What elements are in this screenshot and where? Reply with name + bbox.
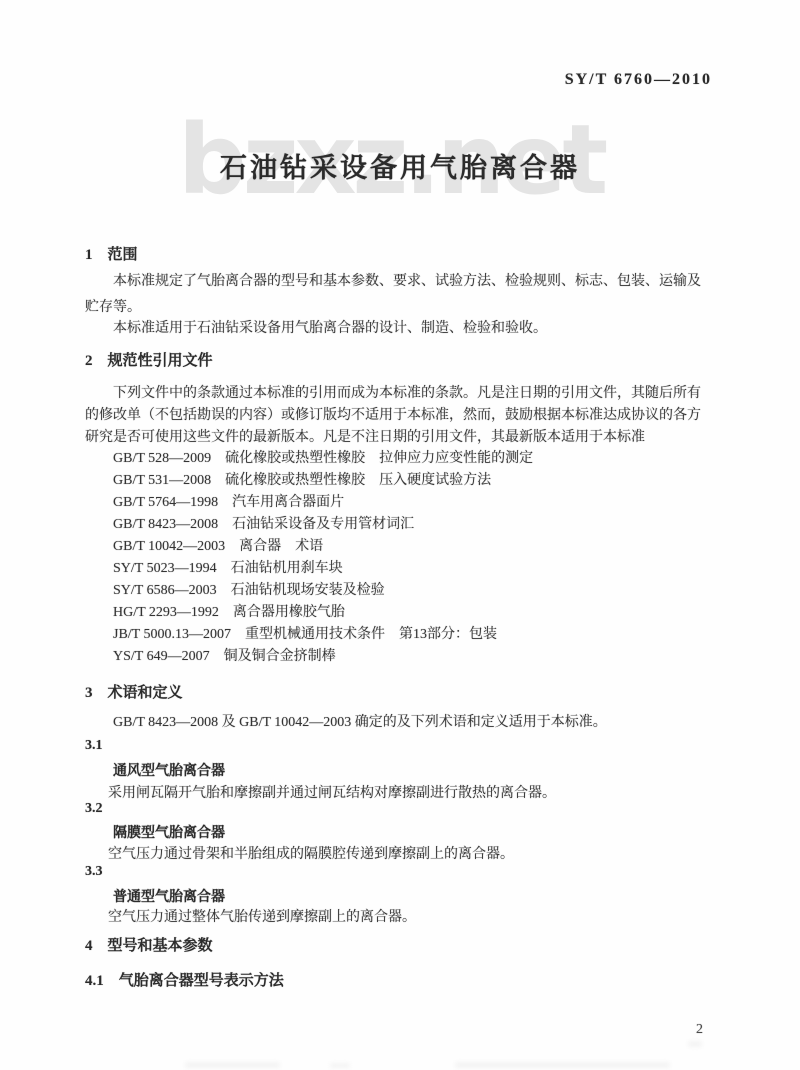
terms-intro: GB/T 8423—2008 及 GB/T 10042—2003 确定的及下列术… xyxy=(113,711,607,731)
reference-item: SY/T 5023—1994 石油钻机用刹车块 xyxy=(113,558,533,580)
references-intro-line: 的修改单（不包括勘误的内容）或修订版均不适用于本标准，然而，鼓励根据本标准达成协… xyxy=(85,404,701,424)
term-number: 3.3 xyxy=(85,864,103,880)
term-definition: 空气压力通过骨架和半胎组成的隔膜腔传递到摩擦副上的离合器。 xyxy=(108,843,514,863)
section-heading-references: 2 规范性引用文件 xyxy=(85,349,213,370)
term-number: 3.1 xyxy=(85,738,103,754)
scan-artifact xyxy=(185,1062,280,1068)
section-heading-model: 4 型号和基本参数 xyxy=(85,934,213,955)
standard-code: SY/T 6760—2010 xyxy=(565,71,712,89)
term-name: 通风型气胎离合器 xyxy=(113,760,225,780)
scan-artifact xyxy=(455,1062,670,1068)
references-intro-line: 研究是否可使用这些文件的最新版本。凡是不注日期的引用文件，其最新版本适用于本标准 xyxy=(85,426,645,446)
reference-item: GB/T 528—2009 硫化橡胶或热塑性橡胶 拉伸应力应变性能的测定 xyxy=(113,448,533,470)
reference-item: YS/T 649—2007 铜及铜合金挤制棒 xyxy=(113,646,533,668)
reference-item: GB/T 5764—1998 汽车用离合器面片 xyxy=(113,492,533,514)
term-definition: 采用闸瓦隔开气胎和摩擦副并通过闸瓦结构对摩擦副进行散热的离合器。 xyxy=(108,782,556,802)
reference-item: GB/T 531—2008 硫化橡胶或热塑性橡胶 压入硬度试验方法 xyxy=(113,470,533,492)
scan-artifact xyxy=(330,1063,350,1068)
term-name: 隔膜型气胎离合器 xyxy=(113,822,225,842)
term-name: 普通型气胎离合器 xyxy=(113,886,225,906)
section-heading-terms: 3 术语和定义 xyxy=(85,681,183,702)
document-title: 石油钻采设备用气胎离合器 xyxy=(0,146,800,185)
page-number: 2 xyxy=(696,1022,703,1038)
reference-list: GB/T 528—2009 硫化橡胶或热塑性橡胶 拉伸应力应变性能的测定 GB/… xyxy=(113,448,533,668)
scope-paragraph-line: 本标准规定了气胎离合器的型号和基本参数、要求、试验方法、检验规则、标志、包装、运… xyxy=(113,270,701,290)
reference-item: HG/T 2293—1992 离合器用橡胶气胎 xyxy=(113,602,533,624)
reference-item: GB/T 8423—2008 石油钻采设备及专用管材词汇 xyxy=(113,514,533,536)
section-heading-scope: 1 范围 xyxy=(85,243,138,264)
scope-paragraph-line: 本标准适用于石油钻采设备用气胎离合器的设计、制造、检验和验收。 xyxy=(113,317,547,337)
term-number: 3.2 xyxy=(85,801,103,817)
term-definition: 空气压力通过整体气胎传递到摩擦副上的离合器。 xyxy=(108,906,416,926)
references-intro-line: 下列文件中的条款通过本标准的引用而成为本标准的条款。凡是注日期的引用文件，其随后… xyxy=(113,382,701,402)
reference-item: GB/T 10042—2003 离合器 术语 xyxy=(113,536,533,558)
document-page: SY/T 6760—2010 bzxz.net 石油钻采设备用气胎离合器 1 范… xyxy=(0,0,800,1070)
scope-paragraph-line: 贮存等。 xyxy=(85,296,141,316)
reference-item: SY/T 6586—2003 石油钻机现场安装及检验 xyxy=(113,580,533,602)
subsection-heading-model-notation: 4.1 气胎离合器型号表示方法 xyxy=(85,969,284,990)
reference-item: JB/T 5000.13—2007 重型机械通用技术条件 第13部分：包装 xyxy=(113,624,533,646)
scan-artifact xyxy=(688,1041,702,1047)
